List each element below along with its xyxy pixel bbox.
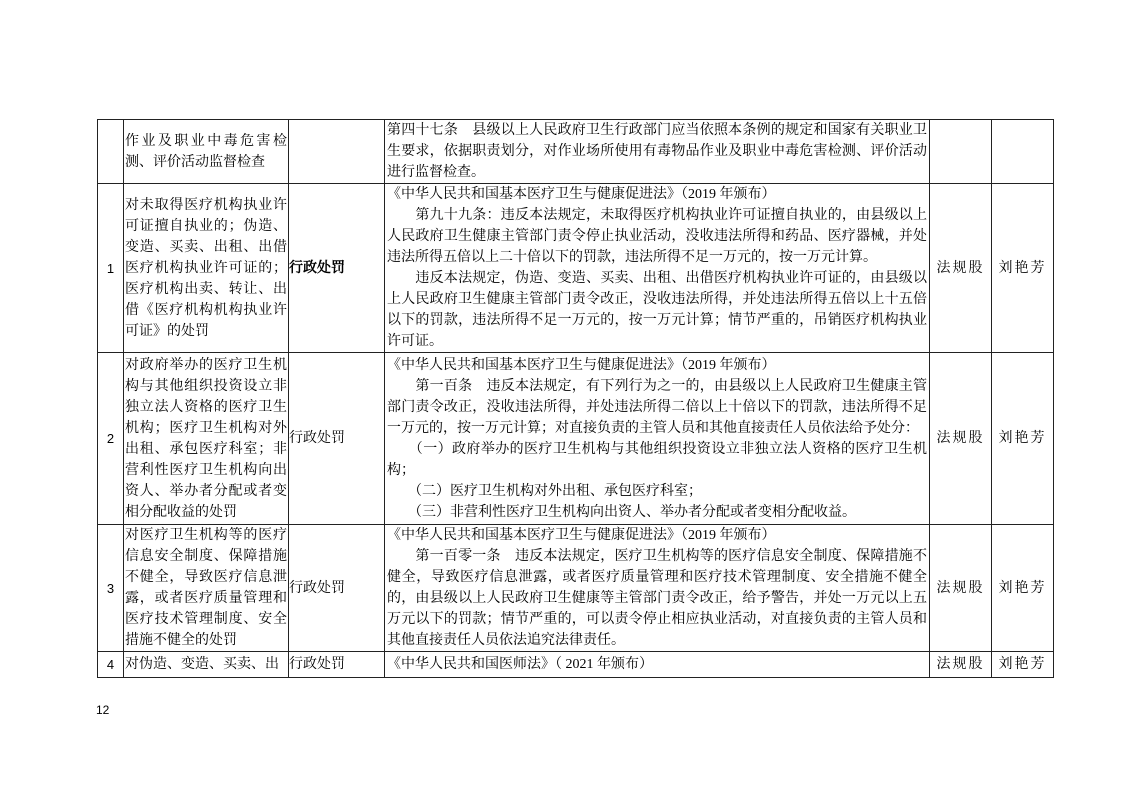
legal-basis-cell: 《中华人民共和国基本医疗卫生与健康促进法》（2019 年颁布） 第九十九条：违反… — [385, 184, 930, 353]
penalty-type-cell: 行政处罚 — [289, 184, 385, 353]
item-cell: 对医疗卫生机构等的医疗信息安全制度、保障措施不健全，导致医疗信息泄露，或者医疗质… — [124, 525, 289, 652]
legal-paragraph: 第九十九条：违反本法规定，未取得医疗机构执业许可证擅自执业的，由县级以上人民政府… — [387, 205, 927, 268]
legal-basis-cell: 《中华人民共和国基本医疗卫生与健康促进法》（2019 年颁布） 第一百条 违反本… — [385, 353, 930, 525]
legal-paragraph: 《中华人民共和国基本医疗卫生与健康促进法》（2019 年颁布） — [387, 184, 927, 205]
seq-cell: 3 — [98, 525, 124, 652]
department-cell: 法规股 — [930, 652, 992, 678]
item-cell: 作业及职业中毒危害检测、评价活动监督检查 — [124, 120, 289, 184]
legal-basis-cell: 《中华人民共和国基本医疗卫生与健康促进法》（2019 年颁布） 第一百零一条 违… — [385, 525, 930, 652]
legal-basis-cell: 《中华人民共和国医师法》（ 2021 年颁布） — [385, 652, 930, 678]
seq-cell: 2 — [98, 353, 124, 525]
penalty-type-cell: 行政处罚 — [289, 353, 385, 525]
legal-paragraph: 《中华人民共和国医师法》（ 2021 年颁布） — [387, 654, 927, 675]
page-number: 12 — [96, 703, 109, 717]
penalty-type-cell — [289, 120, 385, 184]
seq-cell: 1 — [98, 184, 124, 353]
penalty-type-cell: 行政处罚 — [289, 652, 385, 678]
table-row: 4 对伪造、变造、买卖、出 行政处罚 《中华人民共和国医师法》（ 2021 年颁… — [98, 652, 1054, 678]
legal-basis-cell: 第四十七条 县级以上人民政府卫生行政部门应当依照本条例的规定和国家有关职业卫生要… — [385, 120, 930, 184]
person-cell: 刘艳芳 — [992, 525, 1054, 652]
department-cell: 法规股 — [930, 184, 992, 353]
table-row: 作业及职业中毒危害检测、评价活动监督检查 第四十七条 县级以上人民政府卫生行政部… — [98, 120, 1054, 184]
legal-paragraph: 《中华人民共和国基本医疗卫生与健康促进法》（2019 年颁布） — [387, 525, 927, 546]
person-cell: 刘艳芳 — [992, 353, 1054, 525]
table-row: 1 对未取得医疗机构执业许可证擅自执业的；伪造、变造、买卖、出租、出借医疗机构执… — [98, 184, 1054, 353]
item-cell: 对政府举办的医疗卫生机构与其他组织投资设立非独立法人资格的医疗卫生机构；医疗卫生… — [124, 353, 289, 525]
item-cell: 对未取得医疗机构执业许可证擅自执业的；伪造、变造、买卖、出租、出借医疗机构执业许… — [124, 184, 289, 353]
person-cell: 刘艳芳 — [992, 184, 1054, 353]
legal-paragraph: 第一百条 违反本法规定，有下列行为之一的，由县级以上人民政府卫生健康主管部门责令… — [387, 376, 927, 439]
table-row: 2 对政府举办的医疗卫生机构与其他组织投资设立非独立法人资格的医疗卫生机构；医疗… — [98, 353, 1054, 525]
legal-paragraph: 第一百零一条 违反本法规定，医疗卫生机构等的医疗信息安全制度、保障措施不健全，导… — [387, 546, 927, 651]
legal-paragraph: （一）政府举办的医疗卫生机构与其他组织投资设立非独立法人资格的医疗卫生机构； — [387, 439, 927, 481]
person-cell — [992, 120, 1054, 184]
legal-paragraph: 第四十七条 县级以上人民政府卫生行政部门应当依照本条例的规定和国家有关职业卫生要… — [387, 120, 927, 183]
legal-paragraph: （三）非营利性医疗卫生机构向出资人、举办者分配或者变相分配收益。 — [387, 502, 927, 523]
person-cell: 刘艳芳 — [992, 652, 1054, 678]
seq-cell — [98, 120, 124, 184]
department-cell: 法规股 — [930, 353, 992, 525]
table-row: 3 对医疗卫生机构等的医疗信息安全制度、保障措施不健全，导致医疗信息泄露，或者医… — [98, 525, 1054, 652]
department-cell — [930, 120, 992, 184]
penalty-type-cell: 行政处罚 — [289, 525, 385, 652]
department-cell: 法规股 — [930, 525, 992, 652]
document-page: 作业及职业中毒危害检测、评价活动监督检查 第四十七条 县级以上人民政府卫生行政部… — [0, 0, 1122, 793]
legal-paragraph: 《中华人民共和国基本医疗卫生与健康促进法》（2019 年颁布） — [387, 355, 927, 376]
seq-cell: 4 — [98, 652, 124, 678]
item-cell: 对伪造、变造、买卖、出 — [124, 652, 289, 678]
penalty-items-table: 作业及职业中毒危害检测、评价活动监督检查 第四十七条 县级以上人民政府卫生行政部… — [97, 119, 1054, 678]
legal-paragraph: 违反本法规定，伪造、变造、买卖、出租、出借医疗机构执业许可证的，由县级以上人民政… — [387, 268, 927, 352]
legal-paragraph: （二）医疗卫生机构对外出租、承包医疗科室； — [387, 481, 927, 502]
